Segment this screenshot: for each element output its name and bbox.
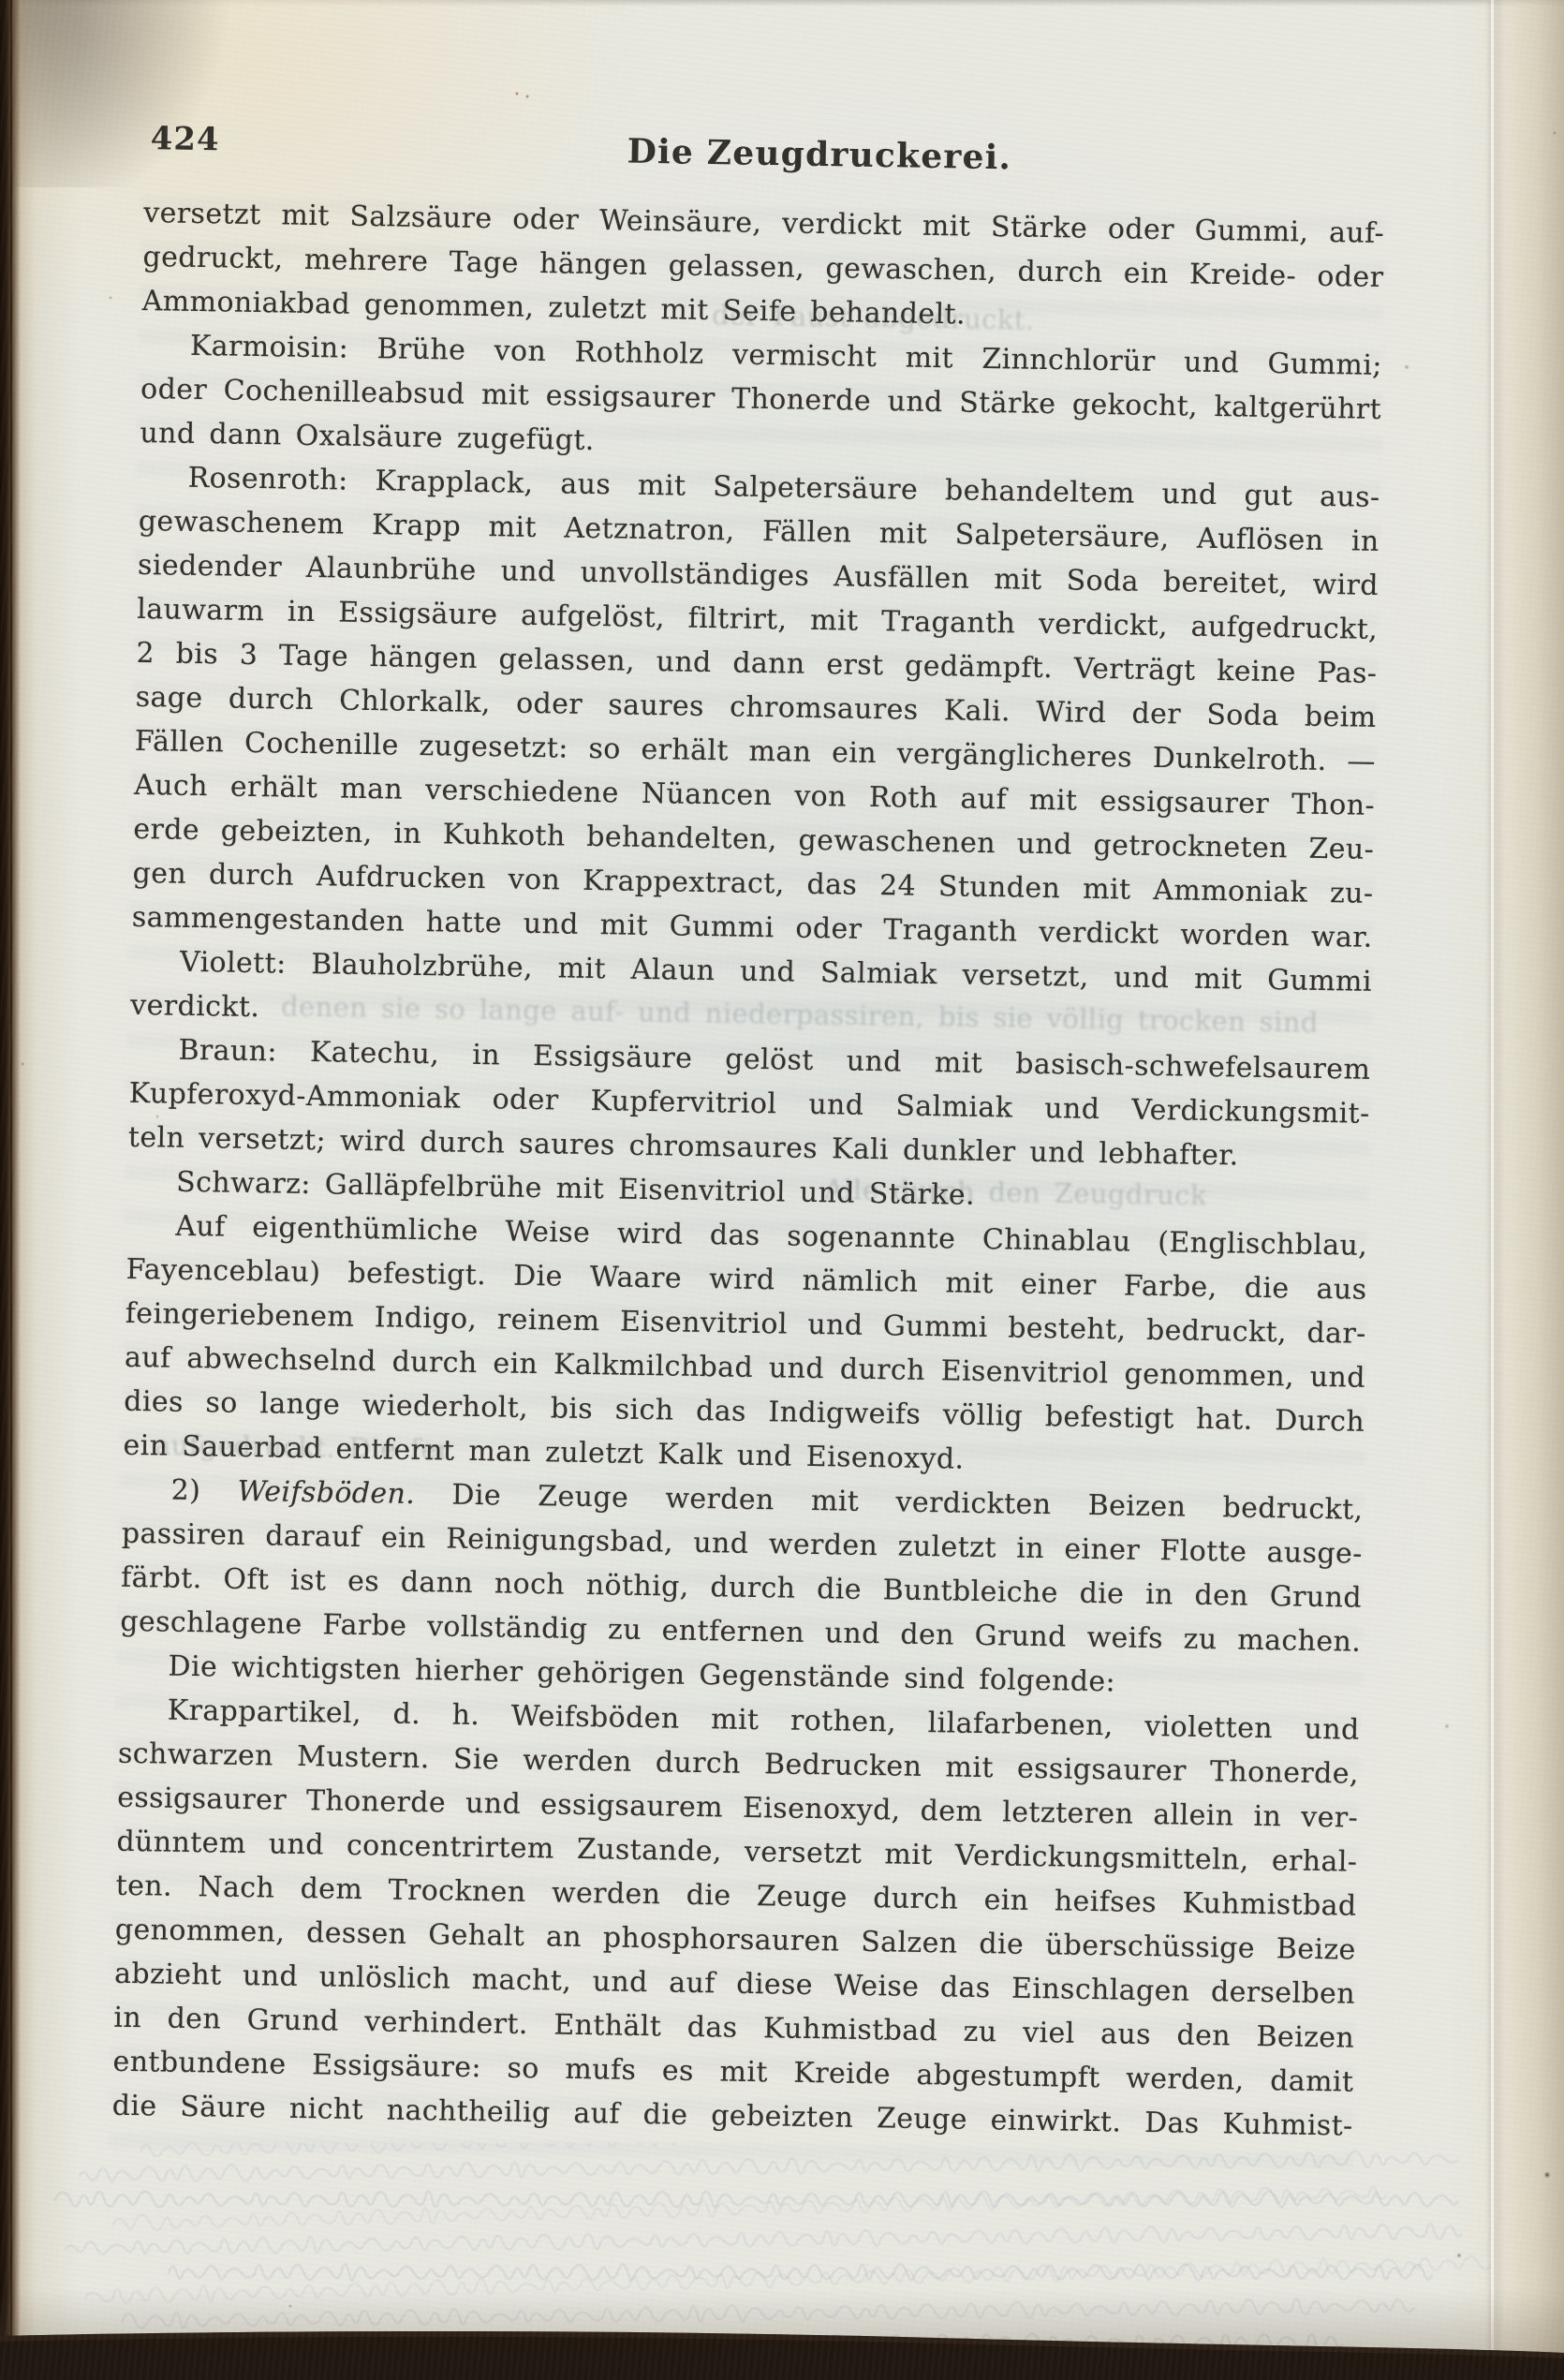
page-header: 424 Die Zeugdruckerei. (144, 118, 1386, 199)
handwriting-stroke (112, 2184, 1387, 2231)
page-content: 424 Die Zeugdruckerei. versetzt mit Salz… (111, 118, 1385, 2149)
body-text: versetzt mit Salzsäure oder Weinsäure, v… (111, 191, 1384, 2149)
running-title: Die Zeugdruckerei. (627, 132, 1011, 178)
italic-text-segment: Weifsböden. (237, 1475, 415, 1511)
book-page-scan: der Faust abgedruckt.denen sie so lange … (0, 0, 1564, 2380)
right-edge-crease (1491, 0, 1494, 2380)
handwriting-stroke (66, 2223, 1462, 2255)
handwriting-stroke (140, 2143, 1307, 2158)
handwriting-stroke (80, 2151, 1458, 2183)
left-binding-edge (0, 0, 84, 2380)
right-page-edge (1483, 0, 1564, 2380)
text-segment: 2) (170, 1474, 237, 1508)
binding-crease-line (10, 0, 12, 2380)
bottom-page-edge (0, 2328, 1564, 2380)
